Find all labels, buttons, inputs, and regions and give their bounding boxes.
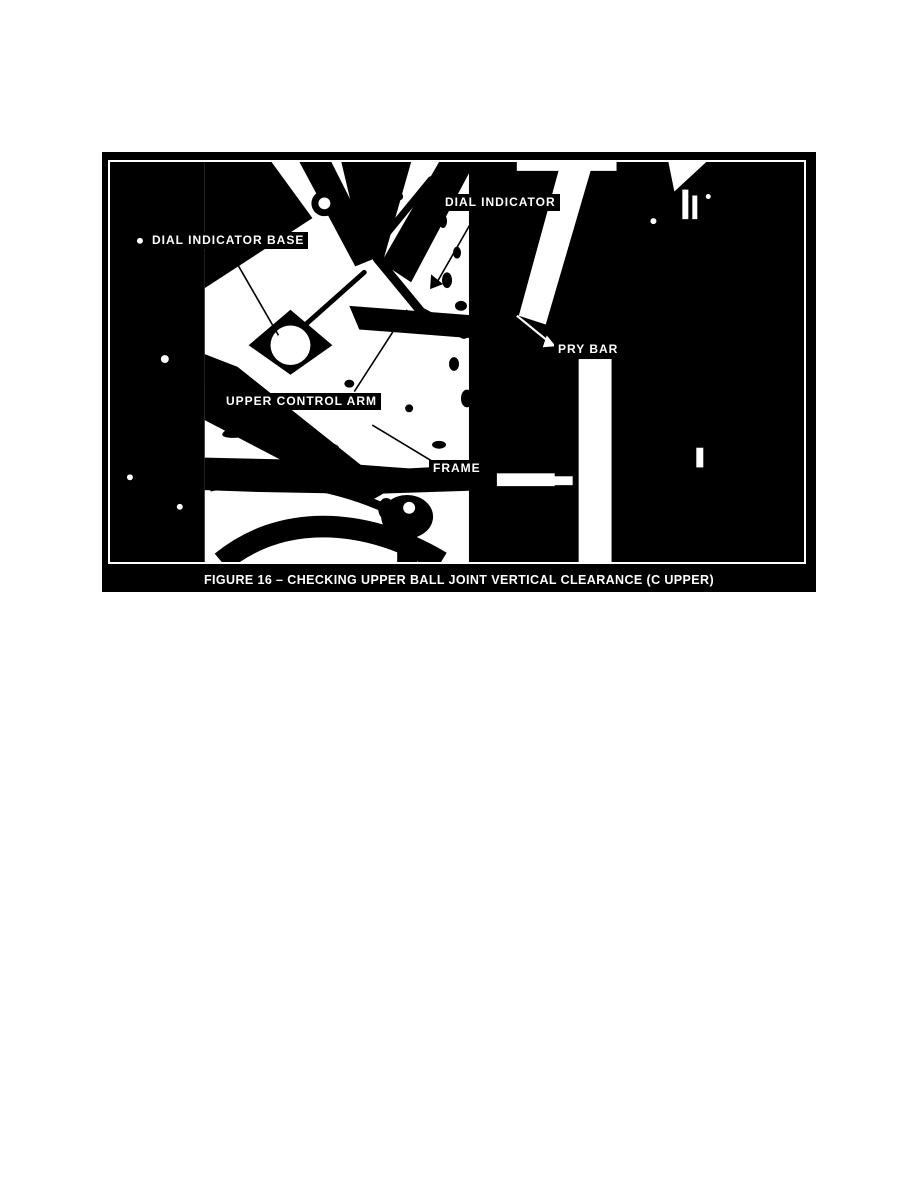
figure-caption: FIGURE 16 – CHECKING UPPER BALL JOINT VE… bbox=[102, 568, 816, 592]
clamp-detail bbox=[549, 462, 573, 472]
callout-label: UPPER CONTROL ARM bbox=[226, 394, 377, 408]
document-page: DIAL INDICATOR DIAL INDICATOR BASE PRY B… bbox=[0, 0, 918, 1188]
figure-block: DIAL INDICATOR DIAL INDICATOR BASE PRY B… bbox=[102, 152, 816, 592]
callout-upper-control-arm: UPPER CONTROL ARM bbox=[222, 393, 381, 410]
callout-pry-bar: PRY BAR bbox=[554, 341, 622, 358]
callout-dial-indicator: DIAL INDICATOR bbox=[441, 194, 560, 211]
callout-label: FRAME bbox=[433, 461, 481, 475]
photo-artwork bbox=[110, 162, 804, 562]
callout-label: PRY BAR bbox=[558, 342, 618, 356]
callout-frame: FRAME bbox=[429, 460, 485, 477]
callout-label: DIAL INDICATOR bbox=[445, 195, 556, 209]
callout-label: DIAL INDICATOR BASE bbox=[152, 233, 304, 247]
callout-dial-indicator-base: DIAL INDICATOR BASE bbox=[148, 232, 308, 249]
photo-area: DIAL INDICATOR DIAL INDICATOR BASE PRY B… bbox=[108, 160, 806, 564]
